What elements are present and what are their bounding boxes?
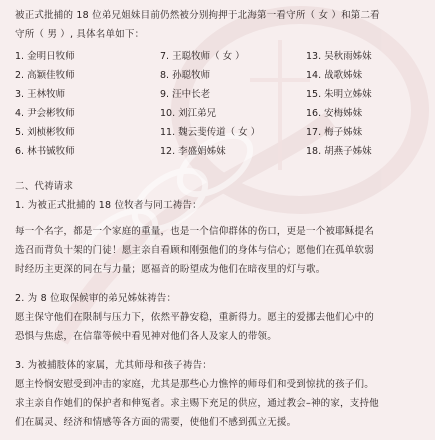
name-item: 6. 林书铖牧师 [15, 142, 160, 161]
prayer-item-2-heading: 2. 为 8 位取保候审的弟兄姊妹祷告： [15, 289, 423, 308]
name-item: 17. 梅子姊妹 [306, 123, 435, 142]
prayer-item-2-line: 恐惧与焦虑，在信靠等候中看见神对他们各人及家人的带领。 [15, 327, 423, 346]
prayer-item-1-line: 每一个名字，都是一个家庭的重量，也是一个信仰群体的伤口，更是一个被耶稣提名 [15, 222, 423, 241]
prayer-item-1-heading: 1. 为被正式批捕的 18 位牧者与同工祷告： [15, 196, 423, 215]
prayer-item-2-line: 愿主保守他们在限制与压力下，依然平静安稳，重新得力。愿主的爱挪去他们心中的 [15, 308, 423, 327]
intro-line-1: 被正式批捕的 18 位弟兄姐妹目前仍然被分别拘押于北海第一看守所（ 女 ）和第二… [15, 6, 423, 25]
name-item: 12. 李盛娟姊妹 [160, 142, 306, 161]
name-item: 3. 王林牧师 [15, 85, 160, 104]
prayer-item-3-line: 愿主怜悯安慰受到冲击的家庭，尤其是那些心力憔悴的师母们和受到惊扰的孩子们。 [15, 375, 423, 394]
name-column-1: 1. 金明日牧师 2. 高颖佳牧师 3. 王林牧师 4. 尹会彬牧师 5. 刘桢… [15, 47, 160, 161]
document-body: 被正式批捕的 18 位弟兄姐妹目前仍然被分别拘押于北海第一看守所（ 女 ）和第二… [0, 0, 435, 432]
name-item: 13. 吴秋雨姊妹 [306, 47, 435, 66]
name-item: 11. 魏云斐传道（ 女 ） [160, 123, 306, 142]
name-item: 16. 安梅姊妹 [306, 104, 435, 123]
name-item: 18. 胡燕子姊妹 [306, 142, 435, 161]
name-item: 2. 高颖佳牧师 [15, 66, 160, 85]
section-title: 二、代祷请求 [15, 177, 423, 196]
prayer-item-1-line: 选召而背负十架的门徒！愿主亲自看顾和刚强他们的身体与信心；愿他们在孤单软弱 [15, 241, 423, 260]
prayer-item-3-line: 们在属灵、经济和情感等各方面的需要，使他们不感到孤立无援。 [15, 413, 423, 432]
prayer-item-1-line: 时经历主更深的同在与力量；愿福音的盼望成为他们在暗夜里的灯与歌。 [15, 260, 423, 279]
name-item: 1. 金明日牧师 [15, 47, 160, 66]
name-item: 14. 战歌姊妹 [306, 66, 435, 85]
name-item: 4. 尹会彬牧师 [15, 104, 160, 123]
prayer-item-3-heading: 3. 为被捕肢体的家属，尤其师母和孩子祷告： [15, 356, 423, 375]
name-item: 9. 汪中长老 [160, 85, 306, 104]
name-column-2: 7. 王聪牧师（ 女 ） 8. 孙聪牧师 9. 汪中长老 10. 刘江弟兄 11… [160, 47, 306, 161]
name-column-3: 13. 吴秋雨姊妹 14. 战歌姊妹 15. 朱明立姊妹 16. 安梅姊妹 17… [306, 47, 435, 161]
prayer-item-3-line: 求主亲自作她们的保护者和伸冤者。求主赐下充足的供应，通过教会–神的家，支持他 [15, 394, 423, 413]
name-item: 15. 朱明立姊妹 [306, 85, 435, 104]
name-item: 5. 刘桢彬牧师 [15, 123, 160, 142]
name-item: 8. 孙聪牧师 [160, 66, 306, 85]
intro-line-2: 守所（ 男 ）, 具体名单如下： [15, 25, 423, 44]
name-item: 10. 刘江弟兄 [160, 104, 306, 123]
name-item: 7. 王聪牧师（ 女 ） [160, 47, 306, 66]
detainee-name-list: 1. 金明日牧师 2. 高颖佳牧师 3. 王林牧师 4. 尹会彬牧师 5. 刘桢… [15, 47, 423, 161]
